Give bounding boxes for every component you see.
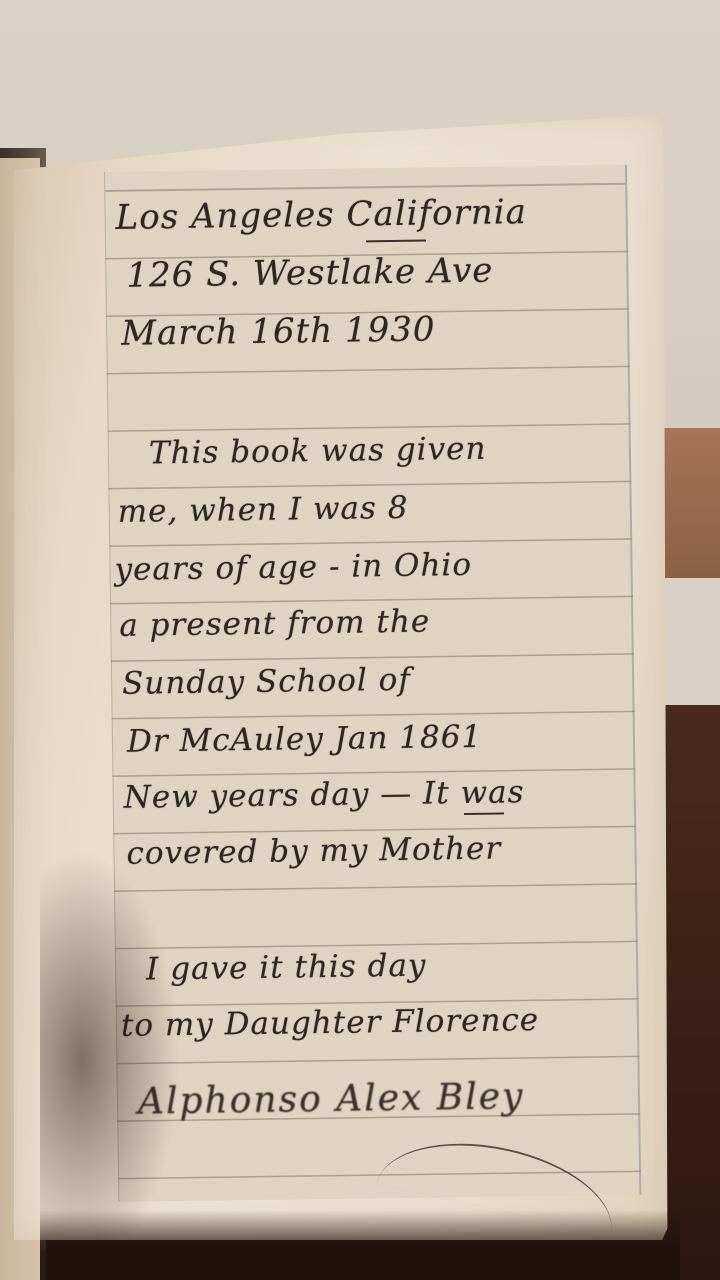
it-underline bbox=[464, 812, 504, 815]
body-line-5: Sunday School of bbox=[122, 662, 411, 702]
hand-shadow bbox=[40, 850, 180, 1270]
signature: Alphonso Alex Bley bbox=[138, 1076, 525, 1122]
table-shadow bbox=[40, 1210, 680, 1280]
dedication-line-1: I gave it this day bbox=[146, 948, 427, 988]
body-line-1: This book was given bbox=[149, 431, 487, 472]
body-line-8: covered by my Mother bbox=[126, 831, 501, 872]
body-line-7: New years day — It was bbox=[123, 774, 524, 816]
heading-address: 126 S. Westlake Ave bbox=[126, 251, 494, 296]
dedication-line-2: to my Daughter Florence bbox=[121, 1002, 540, 1044]
body-line-6: Dr McAuley Jan 1861 bbox=[127, 719, 483, 760]
inscription-ruled-area: Los Angeles California 126 S. Westlake A… bbox=[104, 165, 641, 1202]
heading-city: Los Angeles California bbox=[115, 192, 527, 238]
body-line-2: me, when I was 8 bbox=[117, 490, 408, 530]
heading-date: March 16th 1930 bbox=[121, 309, 436, 353]
body-line-4: a present from the bbox=[119, 603, 430, 643]
body-line-3: years of age - in Ohio bbox=[114, 547, 472, 588]
city-underline bbox=[366, 240, 426, 243]
